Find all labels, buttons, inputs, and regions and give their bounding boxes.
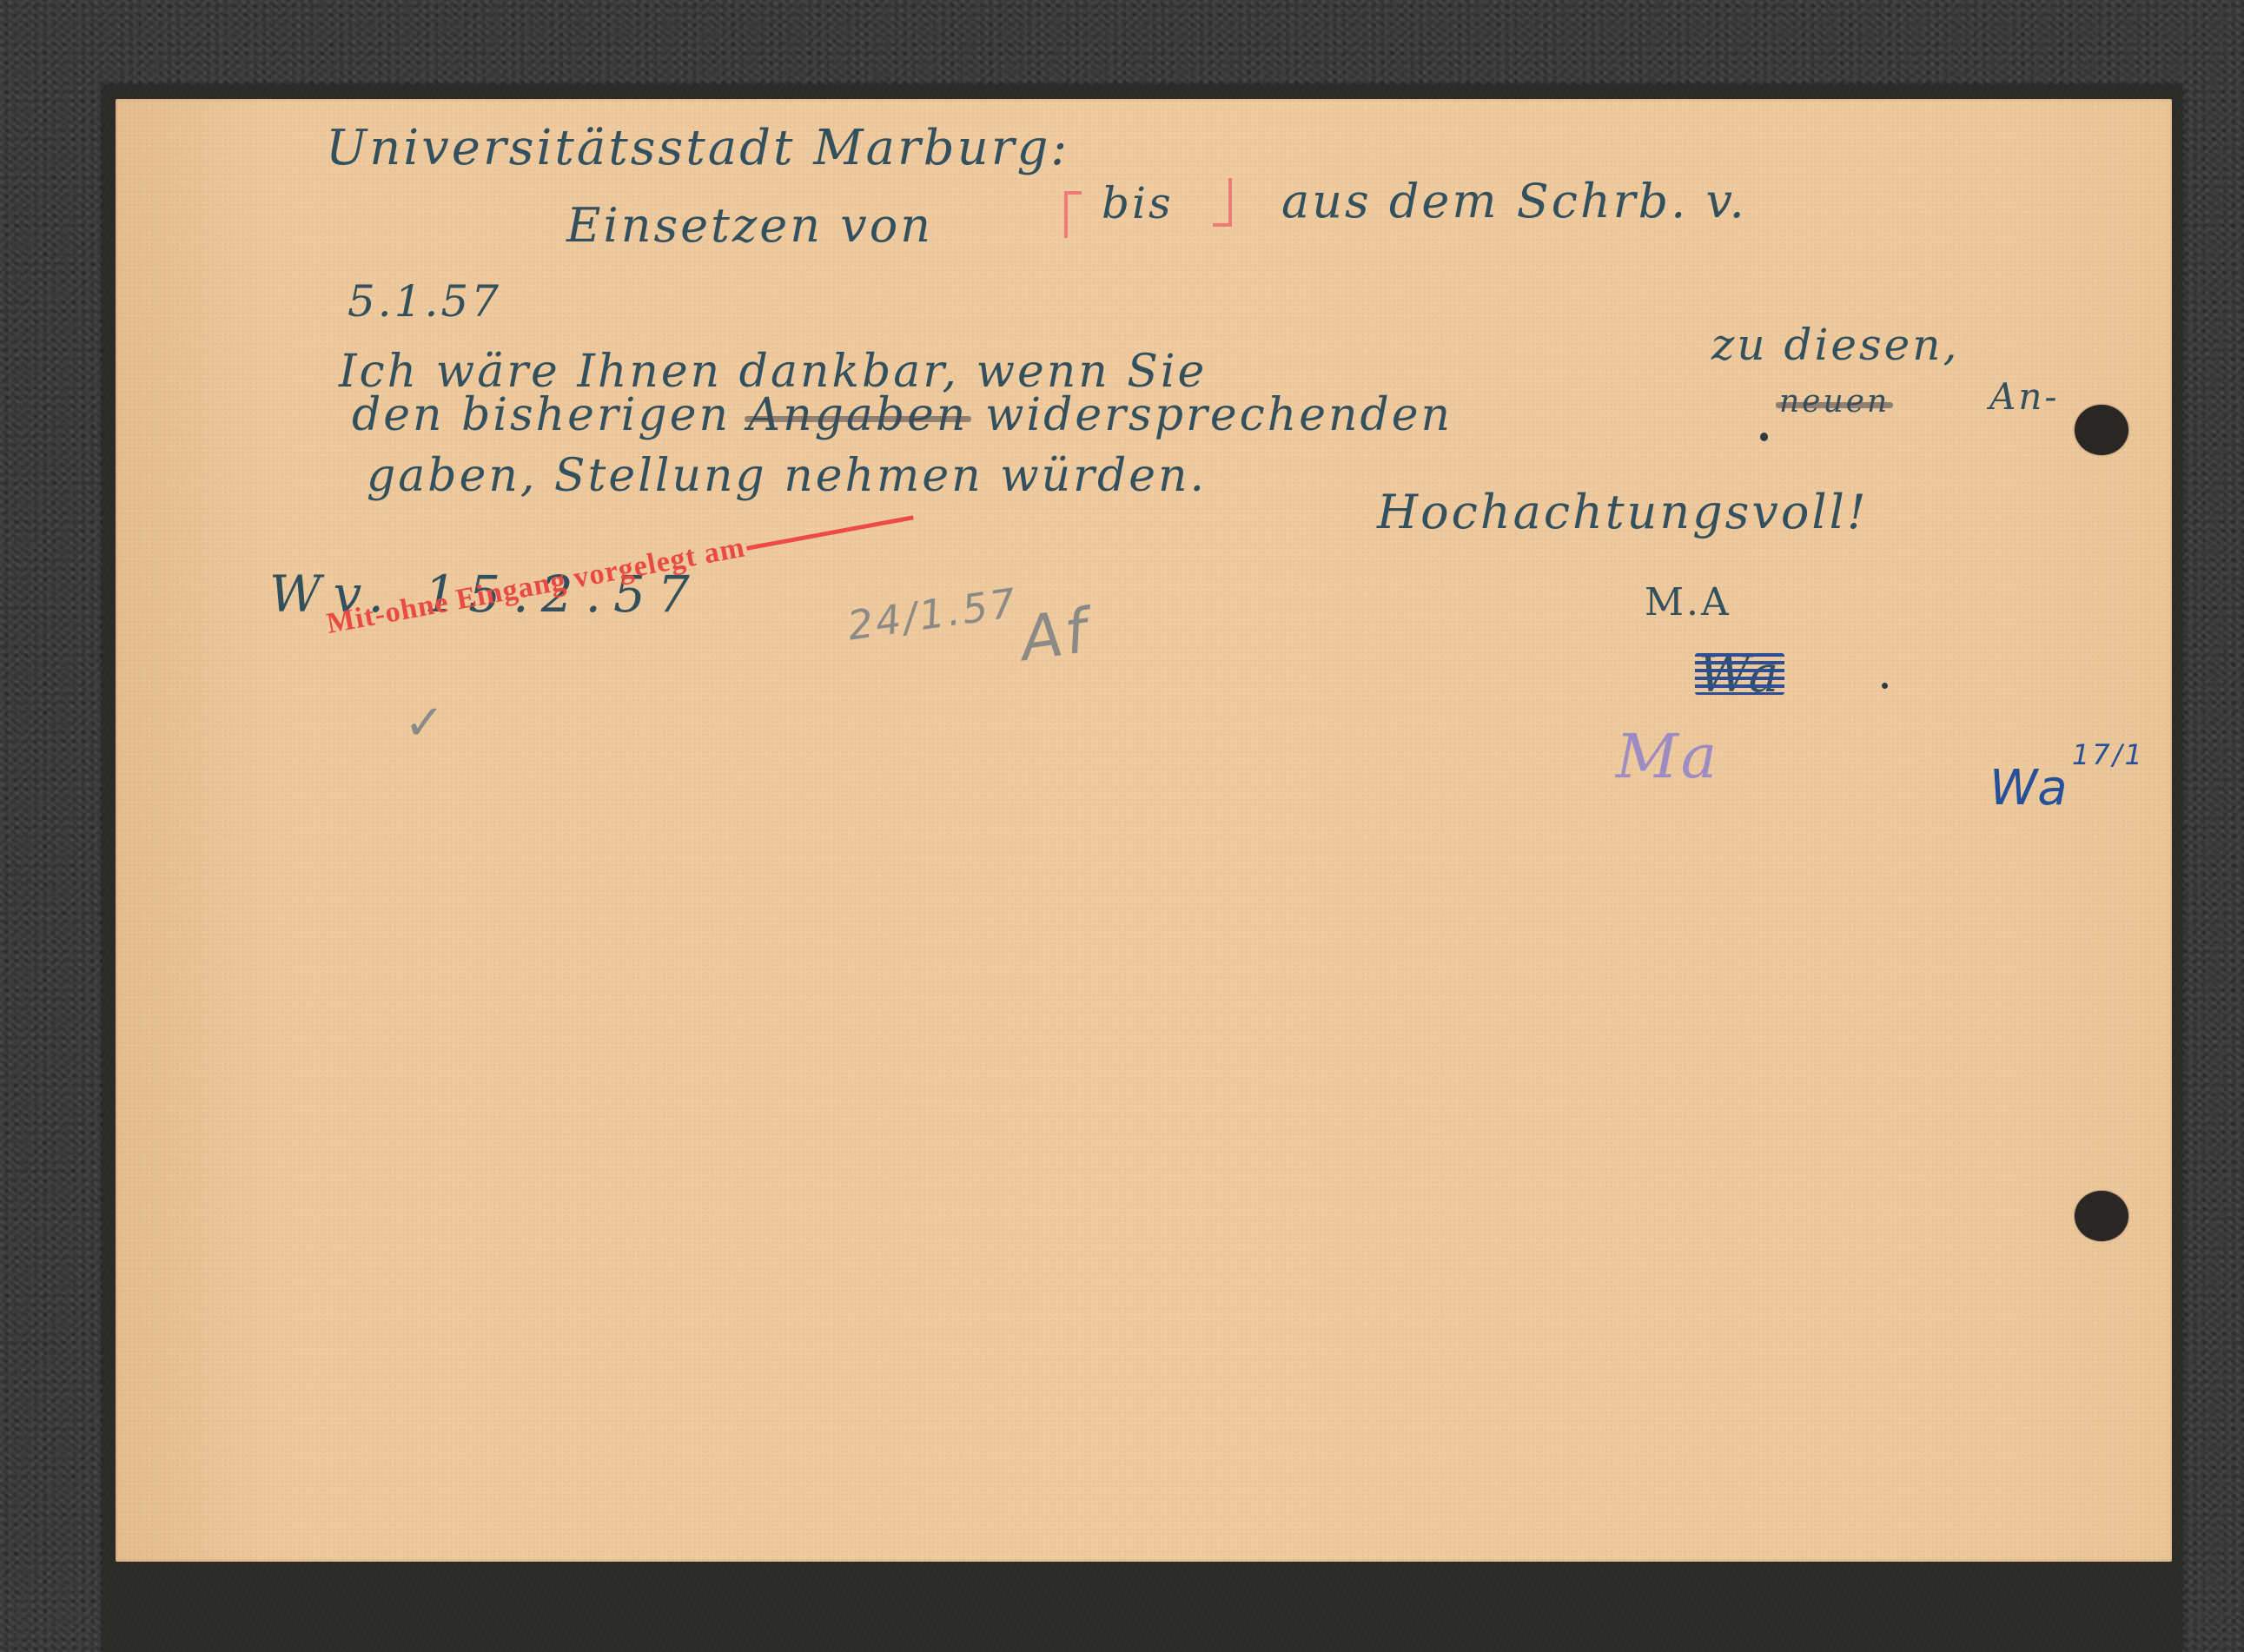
body-line-2: den bisherigen Angaben widersprechenden: [352, 389, 1453, 441]
addressee-line: Universitätsstadt Marburg:: [326, 120, 1069, 176]
signature-period: [1882, 683, 1888, 689]
struck-signature-text: Wa: [1698, 644, 1781, 704]
blue-initials-date: 17/1: [2072, 738, 2145, 771]
closing-salutation: Hochachtungsvoll!: [1377, 485, 1869, 539]
instruction-bracketed-word: bis: [1102, 178, 1174, 228]
punch-hole-bottom: [2075, 1191, 2128, 1241]
letter-date: 5.1.57: [348, 276, 501, 327]
punch-hole-top: [2075, 405, 2128, 455]
struck-word: Angaben: [748, 389, 969, 441]
struck-insert-word: neuen: [1779, 384, 1890, 420]
body-line-3: gaben, Stellung nehmen würden.: [367, 450, 1207, 502]
author-initials: M.A: [1645, 580, 1731, 624]
violet-initials: Ma: [1616, 721, 1719, 792]
body-line-1-insertion: zu diesen,: [1711, 320, 1959, 370]
pencil-check-mark: ✓: [404, 695, 447, 751]
blue-initials: Wa: [1989, 760, 2070, 816]
instruction-suffix: aus dem Schrb. v.: [1281, 174, 1747, 228]
line-2-hyphenated-word: An-: [1989, 375, 2060, 418]
struck-signature: Wa: [1698, 644, 1781, 704]
red-bracket-open: [1064, 191, 1082, 238]
instruction-prefix: Einsetzen von: [566, 198, 933, 253]
red-bracket-close: [1213, 178, 1232, 227]
body-line-2-start: den bisherigen: [352, 389, 731, 441]
insertion-mark: [1760, 433, 1768, 441]
body-line-2-end: widersprechenden: [985, 389, 1453, 441]
struck-insert: neuen: [1779, 384, 1890, 420]
pencil-initials: Af: [1016, 595, 1094, 675]
